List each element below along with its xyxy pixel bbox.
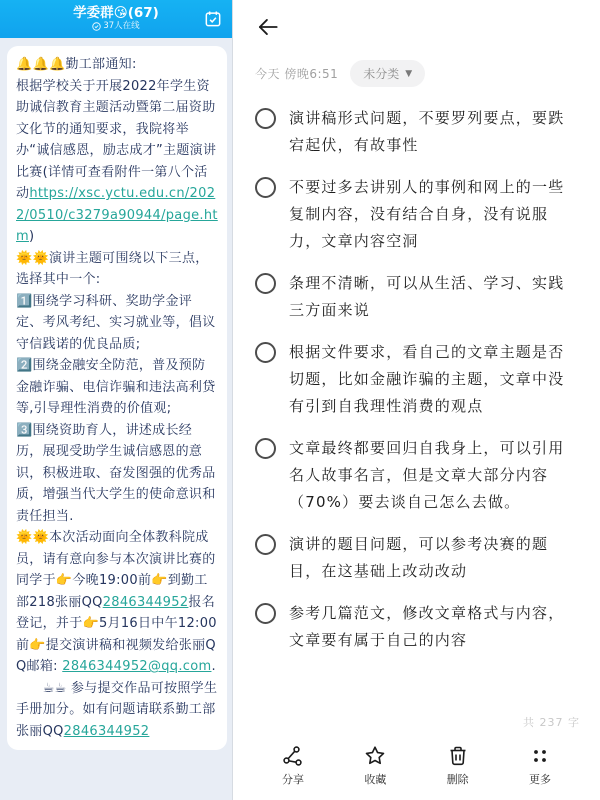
checklist-item: 文章最终都要回归自我身上，可以引用名人故事名言，但是文章大部分内容（70%）要去… — [255, 435, 578, 516]
star-icon — [363, 744, 387, 768]
checkbox-circle[interactable] — [255, 177, 276, 198]
note-toolbar: 分享 收藏 删除 — [255, 738, 578, 800]
checklist-item-text[interactable]: 根据文件要求，看自己的文章主题是否切题，比如金融诈骗的主题，文章中没有引到自我理… — [289, 339, 578, 420]
group-title: 学委群😘(67) — [73, 6, 159, 21]
checklist-item: 演讲的题目问题，可以参考决赛的题目，在这基础上改动改动 — [255, 531, 578, 585]
checklist-item: 条理不清晰，可以从生活、学习、实践三方面来说 — [255, 270, 578, 324]
checkbox-circle[interactable] — [255, 108, 276, 129]
checklist-item: 不要过多去讲别人的事例和网上的一些复制内容，没有结合自身，没有说服力，文章内容空… — [255, 174, 578, 255]
delete-button[interactable]: 删除 — [436, 744, 480, 787]
message-text: ) 🌞🌞演讲主题可围绕以下三点，选择其中一个: 1️⃣围绕学习科研、奖助学金评定… — [16, 229, 216, 610]
word-count-label: 共 237 字 — [523, 714, 580, 730]
online-count-label: 37人在线 — [103, 21, 139, 32]
back-arrow-icon[interactable] — [255, 14, 281, 40]
message-text: 🔔🔔🔔勤工部通知: 根据学校关于开展2022年学生资助诚信教育主题活动暨第二届资… — [16, 57, 216, 201]
note-topbar — [255, 0, 578, 44]
message-url-link[interactable]: https://xsc.yctu.edu.cn/2022/0510/c3279a… — [16, 186, 218, 244]
calendar-check-icon[interactable] — [203, 9, 223, 29]
qq-chat-panel: 学委群😘(67) 37人在线 🔔🔔🔔勤工部通知: 根据学校关于开展2022年学生… — [0, 0, 233, 800]
chat-message-area[interactable]: 🔔🔔🔔勤工部通知: 根据学校关于开展2022年学生资助诚信教育主题活动暨第二届资… — [0, 38, 232, 800]
note-meta-row: 今天 傍晚6:51 未分类 ▼ — [255, 60, 578, 87]
checklist-item-text[interactable]: 演讲的题目问题，可以参考决赛的题目，在这基础上改动改动 — [289, 531, 578, 585]
checkbox-circle[interactable] — [255, 342, 276, 363]
checklist-item: 演讲稿形式问题，不要罗列要点，要跌宕起伏，有故事性 — [255, 105, 578, 159]
checklist-item: 参考几篇范文，修改文章格式与内容，文章要有属于自己的内容 — [255, 600, 578, 654]
message-qq-number-link[interactable]: 2846344952 — [64, 724, 150, 739]
trash-icon — [446, 744, 470, 768]
checkbox-circle[interactable] — [255, 603, 276, 624]
checklist-item-text[interactable]: 参考几篇范文，修改文章格式与内容，文章要有属于自己的内容 — [289, 600, 578, 654]
delete-label: 删除 — [447, 771, 469, 787]
notes-panel: 今天 傍晚6:51 未分类 ▼ 演讲稿形式问题，不要罗列要点，要跌宕起伏，有故事… — [233, 0, 600, 800]
category-label: 未分类 — [363, 65, 399, 82]
share-button[interactable]: 分享 — [271, 744, 315, 787]
checklist-item-text[interactable]: 条理不清晰，可以从生活、学习、实践三方面来说 — [289, 270, 578, 324]
chat-message-bubble: 🔔🔔🔔勤工部通知: 根据学校关于开展2022年学生资助诚信教育主题活动暨第二届资… — [7, 46, 227, 750]
message-email-link[interactable]: 2846344952@qq.com — [62, 659, 211, 674]
favorite-label: 收藏 — [364, 771, 386, 787]
checklist-item: 根据文件要求，看自己的文章主题是否切题，比如金融诈骗的主题，文章中没有引到自我理… — [255, 339, 578, 420]
online-status-icon — [92, 22, 101, 31]
share-icon — [281, 744, 305, 768]
more-dots-icon — [528, 744, 552, 768]
checklist-item-text[interactable]: 演讲稿形式问题，不要罗列要点，要跌宕起伏，有故事性 — [289, 105, 578, 159]
category-selector[interactable]: 未分类 ▼ — [350, 60, 425, 87]
checkbox-circle[interactable] — [255, 273, 276, 294]
message-qq-number-link[interactable]: 2846344952 — [103, 595, 189, 610]
note-timestamp: 今天 傍晚6:51 — [255, 65, 338, 82]
share-label: 分享 — [282, 771, 304, 787]
chevron-down-icon: ▼ — [405, 69, 412, 79]
group-online-status: 37人在线 — [92, 21, 139, 32]
checklist-item-text[interactable]: 不要过多去讲别人的事例和网上的一些复制内容，没有结合自身，没有说服力，文章内容空… — [289, 174, 578, 255]
checkbox-circle[interactable] — [255, 438, 276, 459]
qq-chat-header: 学委群😘(67) 37人在线 — [0, 0, 232, 38]
checklist-item-text[interactable]: 文章最终都要回归自我身上，可以引用名人故事名言，但是文章大部分内容（70%）要去… — [289, 435, 578, 516]
checkbox-circle[interactable] — [255, 534, 276, 555]
note-checklist: 演讲稿形式问题，不要罗列要点，要跌宕起伏，有故事性 不要过多去讲别人的事例和网上… — [255, 105, 578, 738]
favorite-button[interactable]: 收藏 — [353, 744, 397, 787]
more-button[interactable]: 更多 — [518, 744, 562, 787]
more-label: 更多 — [529, 771, 551, 787]
